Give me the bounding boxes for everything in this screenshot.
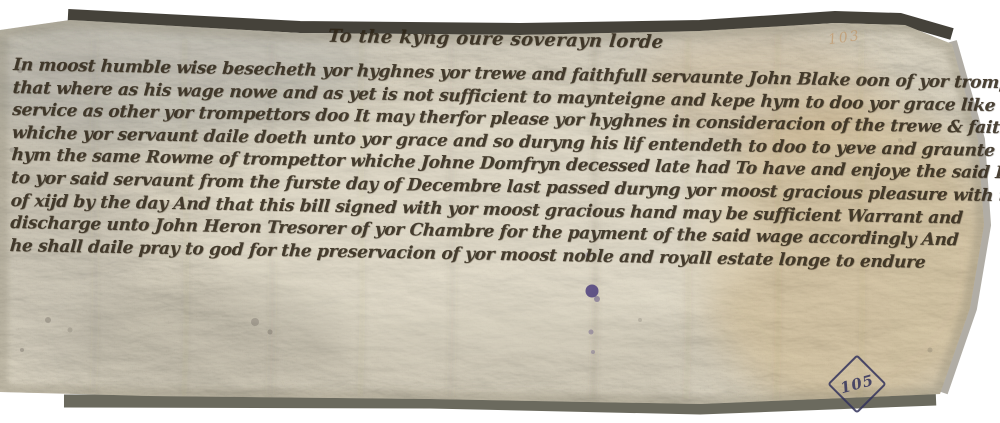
folio-number-diamond: 105	[838, 371, 876, 397]
manuscript-body: In moost humble wise besecheth yor hyghn…	[10, 54, 978, 275]
manuscript-text-block: To the kyng oure soverayn lorde In moost…	[10, 20, 978, 275]
manuscript-photo: To the kyng oure soverayn lorde In moost…	[0, 0, 1000, 423]
bottom-edge-shadow	[64, 399, 936, 408]
